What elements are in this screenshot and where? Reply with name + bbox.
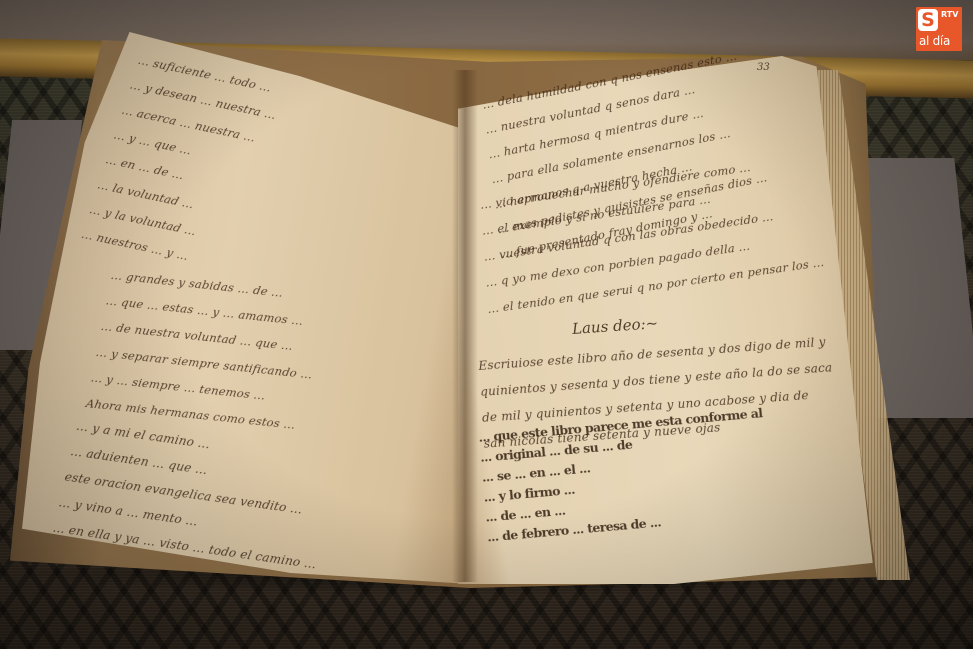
photo-scene: 33 ... suficiente ... todo ... ... y des…	[0, 0, 973, 649]
logo-badge: RTV	[941, 10, 958, 19]
book-gutter	[452, 70, 478, 582]
rtv-al-dia-logo: S RTV al día	[916, 7, 962, 51]
left-page-handwriting-middle: ... grandes y sabidas ... de ... ... que…	[82, 270, 328, 446]
logo-letter: S	[918, 9, 938, 31]
logo-name: al día	[919, 34, 950, 48]
certification-note: ... que este libro parece me esta confor…	[478, 407, 772, 551]
folio-number: 33	[757, 62, 770, 73]
